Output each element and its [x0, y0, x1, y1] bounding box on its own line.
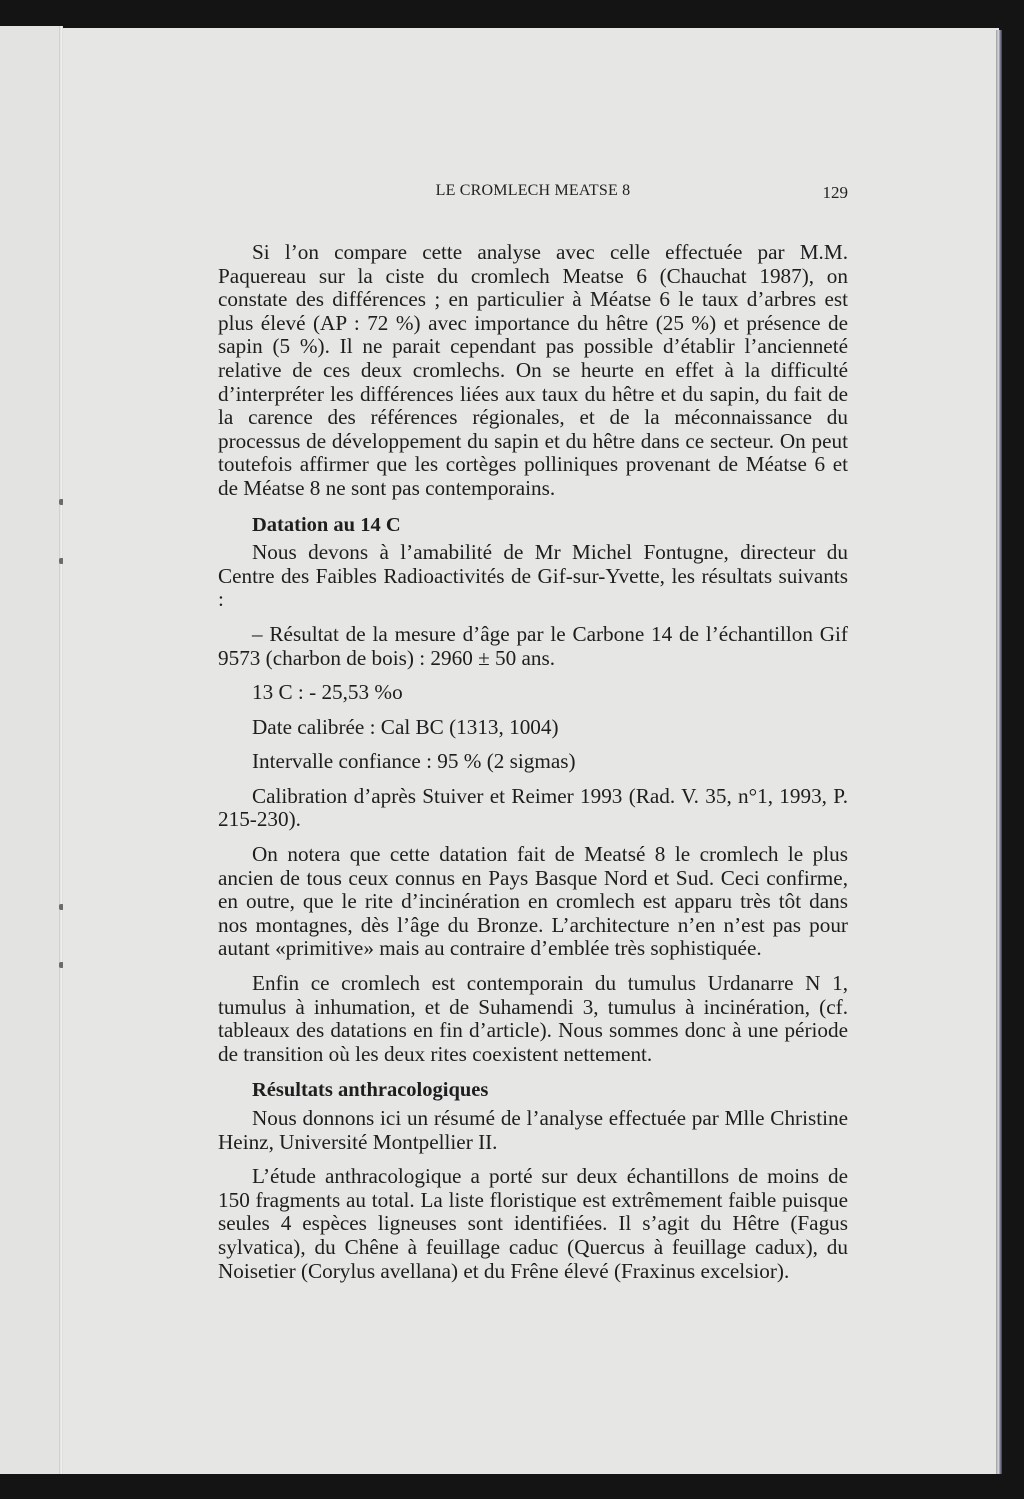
paragraph-anthracology-intro: Nous donnons ici un résumé de l’analyse …	[218, 1107, 848, 1154]
facing-page-edge	[0, 26, 61, 1474]
page-number: 129	[823, 183, 849, 203]
running-title: LE CROMLECH MEATSE 8	[218, 182, 848, 200]
running-header: LE CROMLECH MEATSE 8 129	[218, 182, 848, 206]
paragraph-datation-intro: Nous devons à l’amabilité de Mr Michel F…	[218, 541, 848, 612]
paragraph-datation-note: On notera que cette datation fait de Mea…	[218, 843, 848, 961]
section-heading-anthracology: Résultats anthracologiques	[218, 1079, 848, 1103]
section-heading-datation: Datation au 14 C	[218, 514, 848, 538]
paragraph-calibration: Calibration d’après Stuiver et Reimer 19…	[218, 785, 848, 832]
paragraph-pollen-comparison: Si l’on compare cette analyse avec celle…	[218, 241, 848, 501]
paragraph-calibrated-date: Date calibrée : Cal BC (1313, 1004)	[218, 716, 848, 740]
text-column: Si l’on compare cette analyse avec celle…	[218, 241, 848, 1283]
paragraph-anthracology-body: L’étude anthracologique a porté sur deux…	[218, 1165, 848, 1283]
page-stack-edge	[996, 30, 1002, 1474]
paragraph-datation-conclusion: Enfin ce cromlech est contemporain du tu…	[218, 972, 848, 1066]
paragraph-c14-result: – Résultat de la mesure d’âge par le Car…	[218, 623, 848, 670]
paragraph-delta13c: 13 C : - 25,53 %o	[218, 681, 848, 705]
paragraph-confidence: Intervalle confiance : 95 % (2 sigmas)	[218, 750, 848, 774]
